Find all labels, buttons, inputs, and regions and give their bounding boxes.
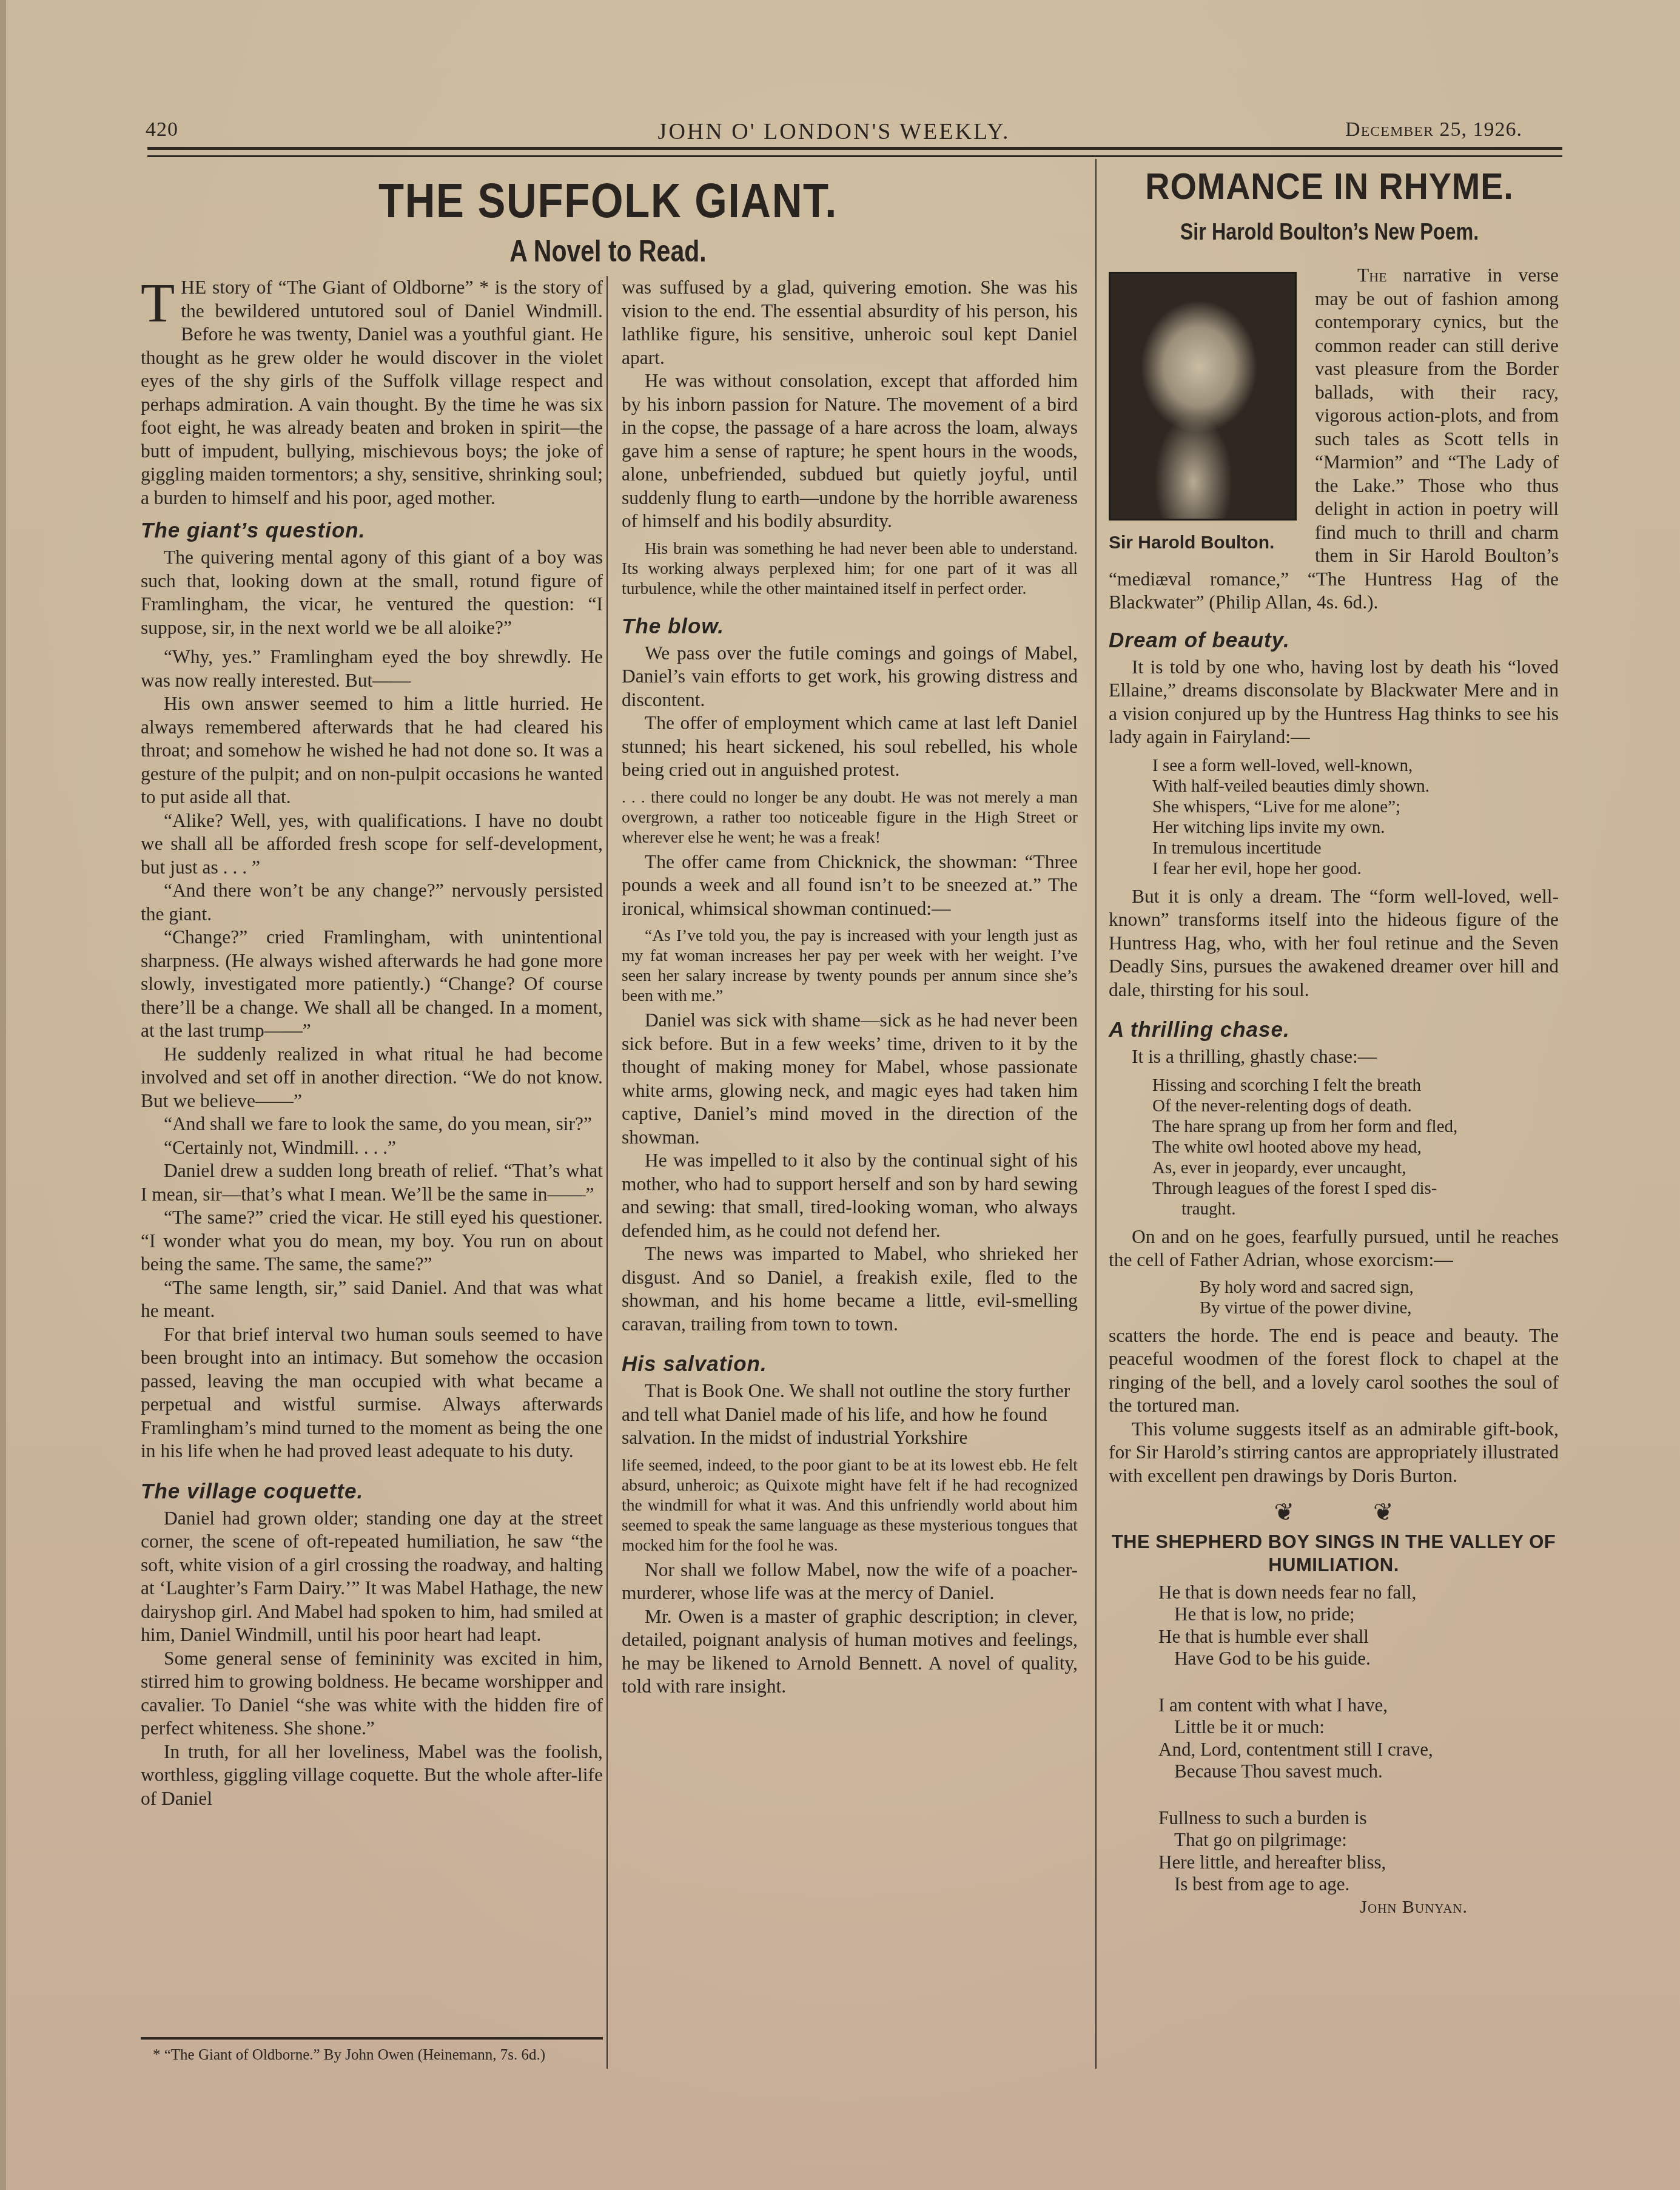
fleuron-ornament-icon: ❦ ❦: [1109, 1501, 1559, 1525]
paragraph: “Alike? Well, yes, with qualifications. …: [141, 809, 603, 880]
paragraph: “Certainly not, Windmill. . . .”: [141, 1136, 603, 1160]
section-heading: The blow.: [622, 614, 1078, 639]
footnote: * “The Giant of Oldborne.” By John Owen …: [141, 2046, 603, 2064]
article-column-1: THE story of “The Giant of Oldborne” * i…: [141, 276, 603, 1810]
section-heading: His salvation.: [622, 1352, 1078, 1377]
verse-quote: Hissing and scorching I felt the breath …: [1152, 1075, 1559, 1219]
paragraph: Mr. Owen is a master of graphic descript…: [622, 1605, 1078, 1699]
paragraph: Nor shall we follow Mabel, now the wife …: [622, 1558, 1078, 1605]
paragraph: We pass over the futile comings and goin…: [622, 642, 1078, 712]
paragraph: “The same?” cried the vicar. He still ey…: [141, 1206, 603, 1276]
page-edge: [0, 0, 6, 2190]
paragraph: His own answer seemed to him a little hu…: [141, 692, 603, 809]
section-heading: The village coquette.: [141, 1479, 603, 1504]
portrait-figure: Sir Harold Boulton.: [1109, 264, 1315, 553]
drop-cap: T: [141, 280, 175, 326]
paragraph: It is a thrilling, ghastly chase:—: [1109, 1045, 1559, 1069]
paragraph: It is told by one who, having lost by de…: [1109, 656, 1559, 749]
poem-title: THE SHEPHERD BOY SINGS IN THE VALLEY OF …: [1109, 1531, 1559, 1577]
newspaper-page: 420 JOHN O' LONDON'S WEEKLY. December 25…: [0, 0, 1680, 2190]
paragraph: This volume suggests itself as an admira…: [1109, 1418, 1559, 1488]
quoted-passage: life seemed, indeed, to the poor giant t…: [622, 1455, 1078, 1555]
paragraph: In truth, for all her loveliness, Mabel …: [141, 1740, 603, 1811]
masthead: JOHN O' LONDON'S WEEKLY.: [146, 118, 1522, 145]
article-column-2: was suffused by a glad, quivering emotio…: [622, 276, 1078, 1699]
paragraph: The news was imparted to Mabel, who shri…: [622, 1242, 1078, 1336]
paragraph: On and on he goes, fearfully pursued, un…: [1109, 1225, 1559, 1272]
quoted-passage: . . . there could no longer be any doubt…: [622, 787, 1078, 847]
paragraph: He was without consolation, except that …: [622, 369, 1078, 533]
paragraph: “And there won’t be any change?” nervous…: [141, 879, 603, 926]
sidebar-article-subtitle: Sir Harold Boulton’s New Poem.: [1134, 220, 1525, 246]
article-title: THE SUFFOLK GIANT.: [205, 173, 1011, 229]
section-heading: The giant’s question.: [141, 518, 603, 544]
portrait-photo: [1109, 272, 1297, 521]
portrait-caption: Sir Harold Boulton.: [1109, 521, 1315, 553]
paragraph: Daniel drew a sudden long breath of reli…: [141, 1159, 603, 1206]
sidebar-article-title: ROMANCE IN RHYME.: [1122, 165, 1537, 208]
header-rule-thick: [147, 147, 1562, 150]
paragraph: Some general sense of femininity was exc…: [141, 1647, 603, 1740]
paragraph: “Change?” cried Framlingham, with uninte…: [141, 926, 603, 1043]
intro-paragraph: THE story of “The Giant of Oldborne” * i…: [141, 276, 603, 510]
section-heading: Dream of beauty.: [1109, 628, 1559, 653]
paragraph: Daniel was sick with shame—sick as he ha…: [622, 1009, 1078, 1149]
running-header: 420 JOHN O' LONDON'S WEEKLY. December 25…: [146, 118, 1522, 149]
issue-date: December 25, 1926.: [1345, 118, 1522, 141]
footnote-rule: [141, 2037, 603, 2040]
quoted-passage: His brain was something he had never bee…: [622, 538, 1078, 598]
paragraph: The offer came from Chicknick, the showm…: [622, 851, 1078, 921]
section-heading: A thrilling chase.: [1109, 1017, 1559, 1043]
poem: He that is down needs fear no fall, He t…: [1158, 1582, 1559, 1896]
paragraph: “The same length, sir,” said Daniel. And…: [141, 1276, 603, 1323]
article-subtitle: A Novel to Read.: [224, 234, 992, 269]
paragraph: The quivering mental agony of this giant…: [141, 546, 603, 639]
paragraph: He was impelled to it also by the contin…: [622, 1149, 1078, 1242]
verse-quote: By holy word and sacred sign, By virtue …: [1200, 1277, 1559, 1318]
paragraph: That is Book One. We shall not outline t…: [622, 1380, 1078, 1450]
poem-author: John Bunyan.: [1109, 1896, 1559, 1919]
quoted-passage: “As I’ve told you, the pay is increased …: [622, 925, 1078, 1005]
paragraph: He suddenly realized in what ritual he h…: [141, 1043, 603, 1113]
paragraph: The offer of employment which came at la…: [622, 712, 1078, 782]
column-divider: [606, 276, 608, 2069]
verse-quote: I see a form well-loved, well-known, Wit…: [1152, 755, 1559, 879]
column-divider: [1095, 159, 1097, 2069]
paragraph: But it is only a dream. The “form well-l…: [1109, 885, 1559, 1002]
article-column-3: Sir Harold Boulton. The narrative in ver…: [1109, 264, 1559, 1919]
paragraph: “And shall we fare to look the same, do …: [141, 1113, 603, 1136]
header-rule-thin: [147, 155, 1562, 157]
paragraph: For that brief interval two human souls …: [141, 1323, 603, 1463]
paragraph: scatters the horde. The end is peace and…: [1109, 1324, 1559, 1418]
paragraph: was suffused by a glad, quivering emotio…: [622, 276, 1078, 369]
paragraph: “Why, yes.” Framlingham eyed the boy shr…: [141, 645, 603, 692]
paragraph: Daniel had grown older; standing one day…: [141, 1507, 603, 1647]
